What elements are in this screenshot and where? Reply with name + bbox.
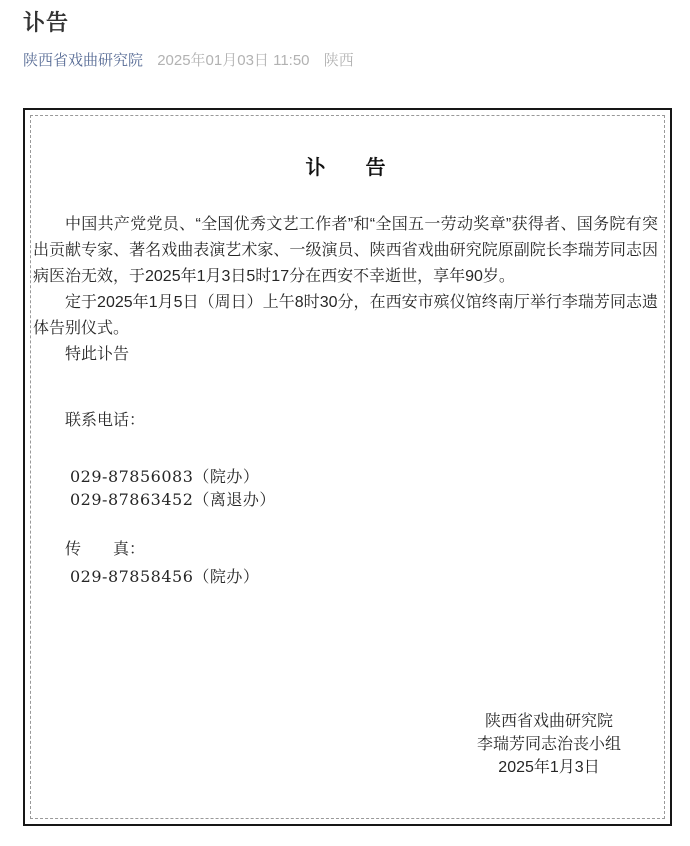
notice-paragraph: 特此讣告 [33, 342, 658, 368]
notice-paragraph: 中国共产党党员、“全国优秀文艺工作者”和“全国五一劳动奖章”获得者、国务院有突出… [33, 212, 658, 290]
publish-datetime: 2025年01月03日 11:50 [157, 52, 309, 69]
notice-image[interactable]: 讣 告 中国共产党党员、“全国优秀文艺工作者”和“全国五一劳动奖章”获得者、国务… [23, 108, 672, 826]
notice-paragraph: 定于2025年1月5日（周日）上午8时30分，在西安市殡仪馆终南厅举行李瑞芳同志… [33, 290, 658, 342]
phone-number: 029-87856083（院办） [33, 465, 658, 488]
phone-number: 029-87863452（离退办） [33, 488, 658, 511]
notice-content: 讣 告 中国共产党党员、“全国优秀文艺工作者”和“全国五一劳动奖章”获得者、国务… [33, 110, 658, 779]
signature-date: 2025年1月3日 [461, 756, 637, 779]
signature-group: 李瑞芳同志治丧小组 [461, 733, 637, 756]
signature-block: 陕西省戏曲研究院 李瑞芳同志治丧小组 2025年1月3日 [461, 710, 637, 779]
publish-location: 陕西 [324, 52, 354, 69]
fax-label: 传 真： [33, 538, 658, 561]
phone-label: 联系电话： [33, 408, 658, 434]
byline: 陕西省戏曲研究院 2025年01月03日 11:50 陕西 [23, 51, 667, 71]
notice-title: 讣 告 [33, 110, 658, 180]
phone-numbers: 029-87856083（院办） 029-87863452（离退办） [33, 465, 658, 511]
page-title: 讣告 [23, 8, 667, 38]
source-account-link[interactable]: 陕西省戏曲研究院 [23, 52, 143, 69]
fax-number: 029-87858456（院办） [33, 565, 658, 588]
notice-body: 中国共产党党员、“全国优秀文艺工作者”和“全国五一劳动奖章”获得者、国务院有突出… [33, 212, 658, 368]
signature-org: 陕西省戏曲研究院 [461, 710, 637, 733]
article-header: 讣告 陕西省戏曲研究院 2025年01月03日 11:50 陕西 [23, 8, 667, 71]
